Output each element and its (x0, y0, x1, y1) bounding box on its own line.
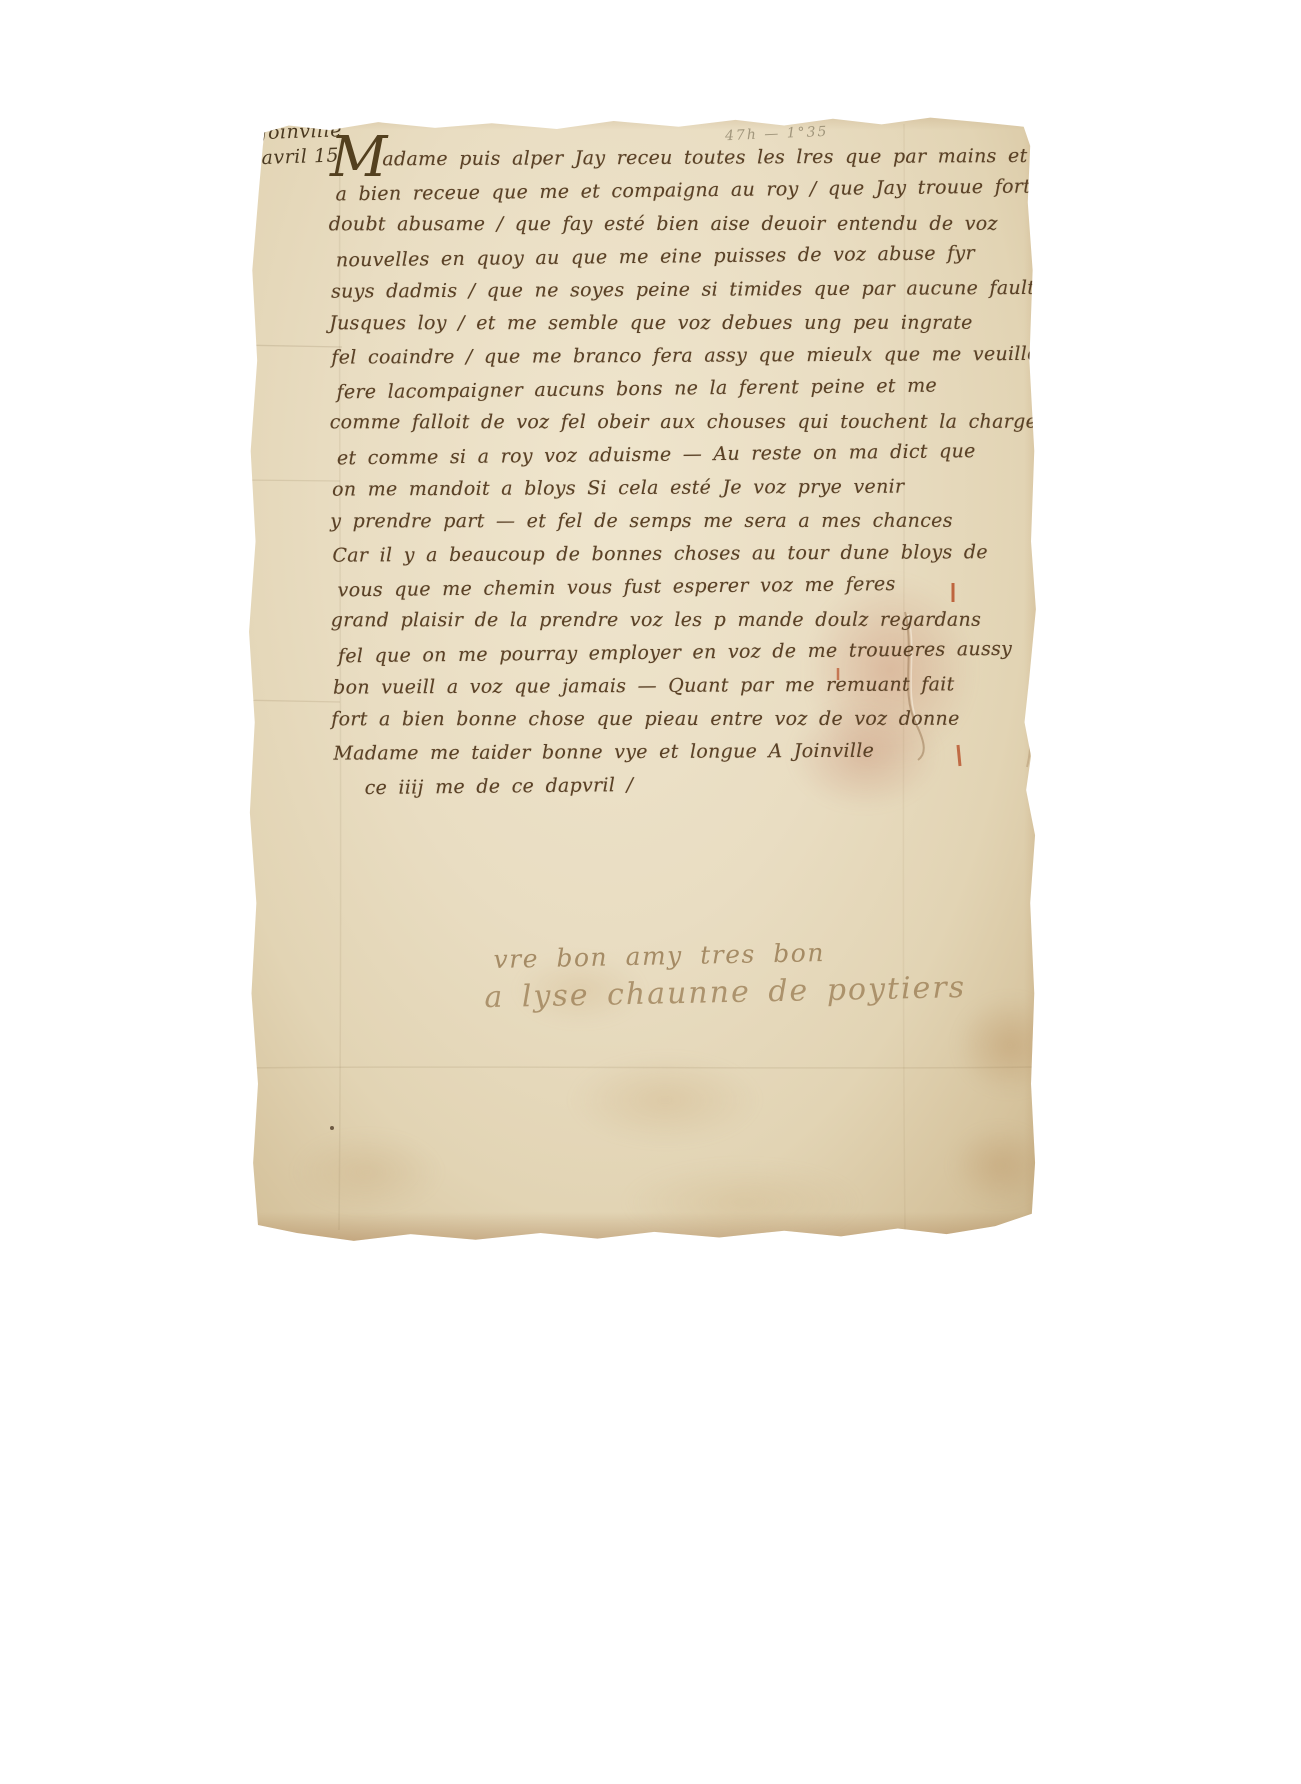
photo-background: { "colors": { "background": "#ffffff", "… (0, 0, 1301, 1784)
manuscript-line: fel coaindre / que me branco fera assy q… (331, 338, 931, 374)
stain (622, 1162, 862, 1242)
manuscript-line: doubt abusame / que fay esté bien aise d… (329, 208, 931, 242)
manuscript-line: vous que me chemin vous fust esperer voz… (337, 568, 932, 608)
paper-edge-bottom (232, 1212, 1044, 1242)
manuscript-line: nouvelles en quoy au que me eine puisses… (336, 238, 931, 278)
signature-line-1: vre bon amy tres bon (493, 935, 965, 974)
stain (292, 1132, 442, 1212)
manuscript-line: a bien receue que me et compaigna au roy… (335, 172, 930, 212)
manuscript-line: fere lacompaigner aucuns bons ne la fere… (336, 370, 931, 410)
manuscript-line: Car il y a beaucoup de bonnes choses au … (332, 536, 932, 572)
manuscript-line: suys dadmis / que ne soyes peine si timi… (331, 272, 931, 308)
manuscript-line: adame puis alper Jay receu toutes les lr… (330, 140, 930, 176)
manuscript-line: ce iiij me de ce dapvril / (338, 766, 933, 806)
manuscript-line: et comme si a roy voz aduisme — Au reste… (337, 436, 932, 476)
manuscript-line: bon vueill a voz que jamais — Quant par … (333, 668, 933, 704)
red-ink-mark (958, 745, 960, 766)
dateline-annotation: a Joinville 4 avril 15 (241, 118, 343, 171)
ink-speck (330, 1126, 334, 1130)
manuscript-line: Jusques loy / et me semble que voz debue… (329, 307, 931, 341)
manuscript-line: y prendre part — et fel de semps me sera… (330, 505, 932, 539)
paper-edge-left (232, 112, 250, 1242)
manuscript-line: Madame me taider bonne vye et longue A J… (333, 734, 933, 770)
fold-tick (238, 345, 342, 347)
signature-block: vre bon amy tres bon a lyse chaunne de p… (493, 935, 966, 1015)
stain (570, 1055, 760, 1145)
manuscript-line: fel que on me pourray employer en voz de… (338, 634, 933, 674)
edge-tear-flap (1027, 672, 1032, 767)
manuscript-line: on me mandoit a bloys Si cela esté Je vo… (332, 470, 932, 506)
manuscript-page: a Joinville 4 avril 15 47h — 1°35 M adam… (232, 112, 1044, 1242)
signature-line-2: a lyse chaunne de poytiers (484, 970, 966, 1015)
stain (955, 995, 1065, 1095)
fold-tick (238, 700, 340, 702)
dateline-place: a Joinville (241, 118, 342, 146)
manuscript-line: comme falloit de voz fel obeir aux chous… (330, 406, 932, 440)
fold-tick (238, 480, 340, 481)
letter-body: adame puis alper Jay receu toutes les lr… (330, 140, 933, 803)
dateline-date: 4 avril 15 (242, 143, 343, 171)
manuscript-line: fort a bien bonne chose que pieau entre … (331, 703, 933, 737)
stain (950, 1125, 1050, 1205)
manuscript-line: grand plaisir de la prendre voz les p ma… (331, 604, 933, 638)
horizontal-fold-crease (240, 1067, 1036, 1068)
